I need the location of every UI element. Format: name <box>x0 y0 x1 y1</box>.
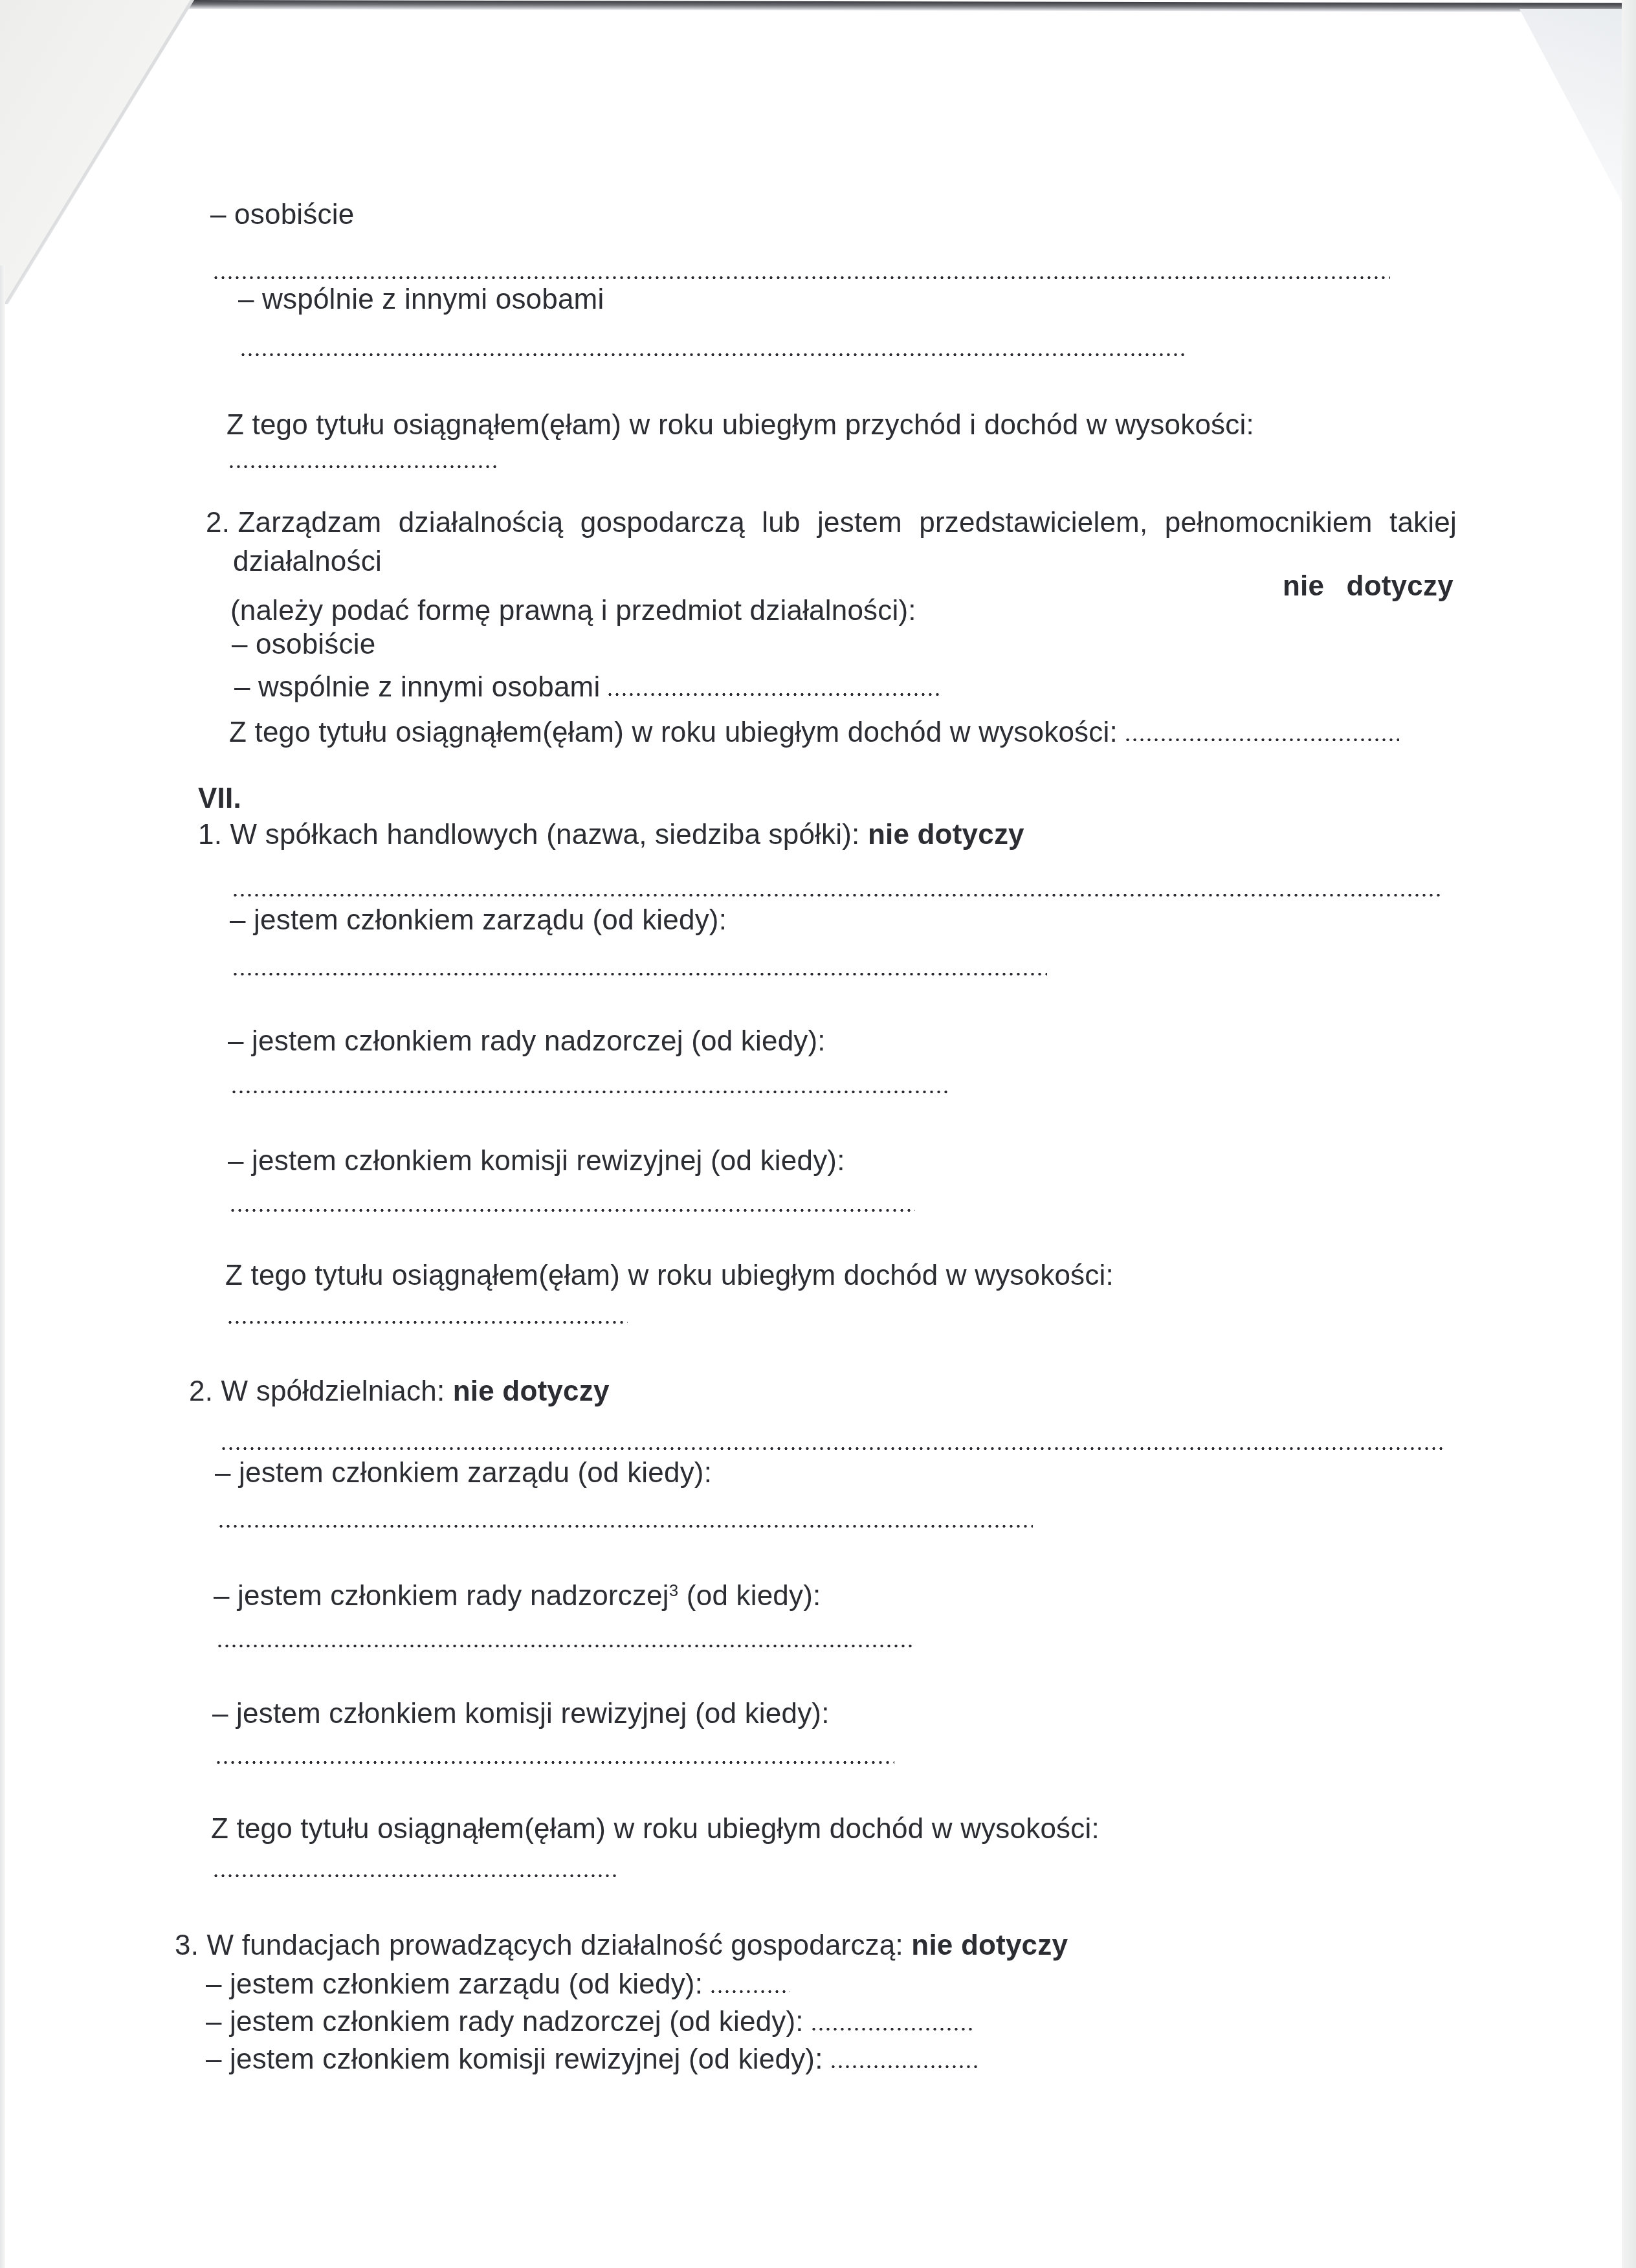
vii-1-board: – jestem członkiem zarządu (od kiedy): <box>230 904 727 937</box>
item-2-income: Z tego tytułu osiągnąłem(ęłam) w roku ub… <box>229 716 1399 750</box>
vii-3-supervisory: – jestem członkiem rady nadzorczej (od k… <box>206 2005 972 2039</box>
vii-2-title-text: W spółdzielniach: <box>221 1375 445 1407</box>
item-2-joint-label: – wspólnie z innymi osobami <box>234 671 600 703</box>
fill-line-vii-3-audit[interactable] <box>830 2065 978 2069</box>
vii-2-supervisory-suffix: (od kiedy): <box>678 1580 821 1612</box>
scan-edge-right <box>1622 0 1636 2268</box>
vii-2-audit: – jestem członkiem komisji rewizyjnej (o… <box>212 1697 830 1731</box>
item-2-note: (należy podać formę prawną i przedmiot d… <box>230 594 916 628</box>
fill-line-vii-1-company[interactable] <box>232 893 1442 897</box>
vii-2-supervisory-label: – jestem członkiem rady nadzorczej <box>214 1580 669 1612</box>
vii-1-number: 1. <box>198 819 222 850</box>
vii-3-supervisory-label: – jestem członkiem rady nadzorczej (od k… <box>206 2006 804 2038</box>
vii-2-supervisory: – jestem członkiem rady nadzorczej3 (od … <box>214 1579 821 1613</box>
fill-line-income-1[interactable] <box>228 465 500 469</box>
scan-edge-top <box>188 0 1636 12</box>
item-2-status: nie dotyczy <box>1283 570 1454 603</box>
fill-line-vii-1-board[interactable] <box>232 972 1047 976</box>
income-label-1: Z tego tytułu osiągnąłem(ęłam) w roku ub… <box>227 408 1254 442</box>
vii-1-audit: – jestem członkiem komisji rewizyjnej (o… <box>228 1144 845 1178</box>
fill-line-vii-2-audit[interactable] <box>215 1761 894 1764</box>
vii-3-board: – jestem członkiem zarządu (od kiedy): <box>206 1968 790 2001</box>
vii-3-status: nie dotyczy <box>911 1929 1068 1961</box>
fill-line-vii-1-income[interactable] <box>227 1320 628 1324</box>
fill-line-vii-2-coop[interactable] <box>220 1447 1443 1451</box>
vii-2-title: 2. W spółdzielniach: nie dotyczy <box>189 1375 610 1408</box>
footnote-marker[interactable]: 3 <box>669 1581 679 1600</box>
vii-3-board-label: – jestem członkiem zarządu (od kiedy): <box>206 1968 703 2000</box>
item-2-joint: – wspólnie z innymi osobami <box>234 671 943 704</box>
fill-line-vii-3-board[interactable] <box>709 1990 790 1994</box>
fill-line-vii-2-board[interactable] <box>217 1524 1033 1528</box>
fill-line-vii-2-income[interactable] <box>212 1874 617 1878</box>
fill-line-vii-3-supervisory[interactable] <box>810 2027 972 2031</box>
vii-2-status: nie dotyczy <box>453 1375 610 1407</box>
item-2-line2: działalności <box>233 545 382 579</box>
vii-2-income: Z tego tytułu osiągnąłem(ęłam) w roku ub… <box>211 1812 1100 1846</box>
vii-3-number: 3. <box>175 1929 199 1961</box>
vii-1-supervisory: – jestem członkiem rady nadzorczej (od k… <box>228 1025 826 1058</box>
vii-3-title-text: W fundacjach prowadzących działalność go… <box>207 1929 903 1961</box>
folded-corner-right <box>1520 9 1636 229</box>
vii-2-number: 2. <box>189 1375 213 1407</box>
fill-line-vii-1-audit[interactable] <box>229 1208 915 1212</box>
option-personal: – osobiście <box>210 198 354 232</box>
item-2-text: 2. Zarządzam działalnością gospodarczą l… <box>206 506 1457 540</box>
fill-line-personal[interactable] <box>212 276 1390 280</box>
option-joint: – wspólnie z innymi osobami <box>238 283 604 317</box>
scan-edge-left <box>0 265 5 2268</box>
item-2-personal: – osobiście <box>232 628 375 661</box>
item-2-income-label: Z tego tytułu osiągnąłem(ęłam) w roku ub… <box>229 717 1118 748</box>
section-vii-heading: VII. <box>198 782 241 816</box>
item-2-line1: Zarządzam działalnością gospodarczą lub … <box>238 507 1457 539</box>
fill-line-joint[interactable] <box>239 353 1184 357</box>
fill-line-item-2-income[interactable] <box>1124 738 1399 742</box>
fill-line-vii-2-supervisory[interactable] <box>216 1644 915 1648</box>
vii-1-title-text: W spółkach handlowych (nazwa, siedziba s… <box>230 819 860 850</box>
vii-3-title: 3. W fundacjach prowadzących działalność… <box>175 1929 1068 1962</box>
vii-1-title: 1. W spółkach handlowych (nazwa, siedzib… <box>198 818 1024 852</box>
vii-3-audit-label: – jestem członkiem komisji rewizyjnej (o… <box>206 2043 823 2075</box>
fill-line-item-2-joint[interactable] <box>606 693 943 696</box>
vii-3-audit: – jestem członkiem komisji rewizyjnej (o… <box>206 2043 978 2076</box>
vii-1-status: nie dotyczy <box>868 819 1024 850</box>
vii-2-board: – jestem członkiem zarządu (od kiedy): <box>215 1456 712 1490</box>
vii-1-income: Z tego tytułu osiągnąłem(ęłam) w roku ub… <box>225 1259 1114 1293</box>
fill-line-vii-1-supervisory[interactable] <box>230 1090 949 1094</box>
item-2-number: 2. <box>206 507 230 539</box>
